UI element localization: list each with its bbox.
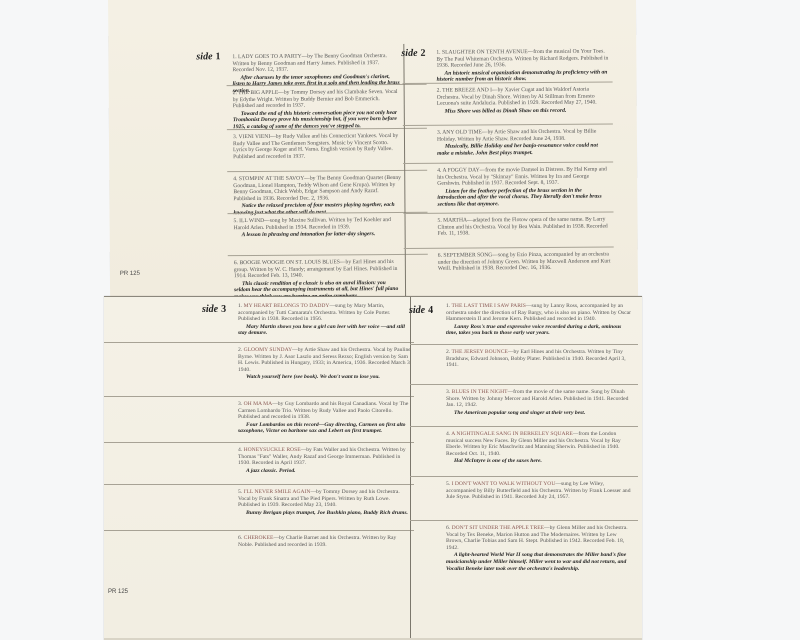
track-credits: 3. VIENI VIENI—by Rudy Vallee and his Co… [233,133,398,160]
track-note: Hal McIntyre is one of the saxes here. [446,458,634,465]
track-title: LADY GOES TO A PARTY [238,54,302,60]
track-divider [410,476,638,477]
side-1-track-list: 1. LADY GOES TO A PARTY—by The Benny Goo… [232,53,402,299]
track-title: I'LL NEVER SMILE AGAIN [244,489,311,495]
track-title: MY HEART BELONGS TO DADDY [244,303,330,309]
track-credits: 3. OH MA MA—by Guy Lombardo and his Roya… [238,401,408,420]
side-2-label: side2 [401,48,425,59]
track-entry: 1. MY HEART BELONGS TO DADDY—sung by Mar… [238,303,412,337]
track-divider [403,123,613,125]
track-note: Lanny Ross's true and expressive voice r… [446,324,634,337]
track-divider [410,426,638,427]
track-title: ILL WIND [239,218,264,224]
track-title: OH MA MA [244,401,273,407]
track-entry: 4. STOMPIN' AT THE SAVOY—by The Benny Go… [233,175,401,217]
track-entry: 2. THE JERSEY BOUNCE—by Earl Hines and h… [446,349,634,369]
track-title: THE BIG APPLE [238,90,278,96]
track-title: STOMPIN' AT THE SAVOY [239,176,304,182]
track-divider [104,396,414,397]
track-entry: 3. ANY OLD TIME—by Artie Shaw and his Or… [437,128,611,157]
track-entry: 4. A FOGGY DAY—from the movie Damsel in … [437,166,611,208]
track-divider [404,246,614,248]
side-4-track-list: 1. THE LAST TIME I SAW PARIS—sung by Lan… [446,303,634,633]
track-note: Bunny Berigan plays trumpet, Joe Bushkin… [238,510,412,517]
track-note: The American popular song and singer at … [446,410,634,417]
track-divider [104,342,414,343]
track-note: Miss Shore was billed as Dinah Shaw on t… [437,107,611,115]
track-credits: 2. GLOOMY SUNDAY—by Artie Shaw and his O… [238,347,411,373]
track-credits: 3. ANY OLD TIME—by Artie Shaw and his Or… [437,129,596,143]
track-entry: 5. ILL WIND—song by Maxine Sullivan. Wri… [234,217,402,239]
track-divider [104,442,414,443]
track-credits: 1. THE LAST TIME I SAW PARIS—sung by Lan… [446,303,631,322]
track-title: GLOOMY SUNDAY [244,347,293,353]
track-entry: 2. GLOOMY SUNDAY—by Artie Shaw and his O… [238,347,412,381]
track-title: A NIGHTINGALE SANG IN BERKELEY SQUARE [451,431,572,437]
track-divider [104,530,414,531]
side-4-label: side4 [409,305,433,316]
track-entry: 5. I'LL NEVER SMILE AGAIN—by Tommy Dorse… [238,489,412,516]
track-credits: 1. LADY GOES TO A PARTY—by The Benny Goo… [232,53,387,73]
track-title: BOOGIE WOOGIE ON ST. LOUIS BLUES [239,259,340,266]
track-credits: 6. SEPTEMBER SONG—song by Ezio Pinza, ac… [438,252,611,272]
track-credits: 4. A FOGGY DAY—from the movie Damsel in … [437,167,607,187]
track-credits: 6. CHEROKEE—by Charlie Barnet and his Or… [238,535,396,548]
track-title: THE JERSEY BOUNCE [452,349,508,355]
side-1-label: side1 [196,51,220,62]
track-note: Musically, Billie Holiday and her banjo-… [437,143,611,157]
track-credits: 1. SLAUGHTER ON TENTH AVENUE—from the mu… [436,49,608,69]
track-divider [227,170,427,172]
track-entry: 3. OH MA MA—by Guy Lombardo and his Roya… [238,401,412,435]
track-note: Four Lombardos on this record—Guy direct… [238,422,412,435]
track-divider [410,384,638,385]
track-title: MARTHA [443,217,467,223]
track-note: Listen for the feathery perfection of th… [437,187,611,208]
track-entry: 4. A NIGHTINGALE SANG IN BERKELEY SQUARE… [446,431,634,465]
track-entry: 6. CHEROKEE—by Charlie Barnet and his Or… [238,535,412,548]
track-title: THE BREEZE AND I [442,87,492,93]
track-title: VIENI VIENI [238,134,270,140]
track-divider [410,520,638,521]
track-credits: 4. HONEYSUCKLE ROSE—by Fats Waller and h… [238,447,406,466]
track-entry: 1. THE LAST TIME I SAW PARIS—sung by Lan… [446,303,634,337]
track-note: A jazz classic. Period. [238,468,412,475]
track-divider [104,484,414,485]
track-credits: 4. A NIGHTINGALE SANG IN BERKELEY SQUARE… [446,431,621,457]
track-entry: 6. BOOGIE WOOGIE ON ST. LOUIS BLUES—by E… [234,259,402,301]
track-title: I DON'T WANT TO WALK WITHOUT YOU [452,481,556,487]
track-entry: 5. MARTHA—adapted from the Flotow opera … [438,216,612,237]
column-divider [410,297,411,640]
catalog-number: PR 125 [120,271,140,277]
track-title: ANY OLD TIME [442,129,482,135]
track-note: Watch yourself here (see book). We don't… [238,374,412,381]
track-note: Mary Martin shows you how a girl can lee… [238,324,412,337]
track-entry: 4. HONEYSUCKLE ROSE—by Fats Waller and h… [238,447,412,474]
track-note: A lesson in phrasing and intonation for … [234,231,402,239]
side-3-track-list: 1. MY HEART BELONGS TO DADDY—sung by Mar… [238,303,412,633]
side-3-label: side3 [202,304,226,315]
track-title: SEPTEMBER SONG [443,252,492,258]
track-credits: 2. THE BIG APPLE—by Tommy Dorsey and his… [233,89,398,109]
track-credits: 3. BLUES IN THE NIGHT—from the movie of … [446,389,628,408]
track-divider [228,254,428,256]
track-credits: 5. I'LL NEVER SMILE AGAIN—by Tommy Dorse… [238,489,400,508]
side-2-track-list: 1. SLAUGHTER ON TENTH AVENUE—from the mu… [436,48,612,294]
track-divider [403,161,613,163]
track-credits: 4. STOMPIN' AT THE SAVOY—by The Benny Go… [233,175,401,202]
track-title: THE LAST TIME I SAW PARIS [452,303,526,309]
track-divider [410,344,638,345]
track-divider [403,211,613,213]
track-entry: 6. DON'T SIT UNDER THE APPLE TREE—by Gle… [446,525,634,572]
upper-booklet-page: side1 1. LADY GOES TO A PARTY—by The Ben… [108,0,638,300]
track-title: A FOGGY DAY [442,167,479,173]
track-title: CHEROKEE [244,535,274,541]
track-credits: 5. I DON'T WANT TO WALK WITHOUT YOU—sung… [446,481,631,500]
track-title: HONEYSUCKLE ROSE [244,447,301,453]
track-title: SLAUGHTER ON TENTH AVENUE [442,49,528,56]
track-entry: 2. THE BREEZE AND I—by Xavier Cugat and … [437,86,611,115]
track-credits: 2. THE JERSEY BOUNCE—by Earl Hines and h… [446,349,626,368]
track-title: BLUES IN THE NIGHT [452,389,508,395]
track-entry: 6. SEPTEMBER SONG—song by Ezio Pinza, ac… [438,251,612,272]
track-entry: 3. BLUES IN THE NIGHT—from the movie of … [446,389,634,416]
track-credits: 6. DON'T SIT UNDER THE APPLE TREE—by Gle… [446,525,628,551]
track-credits: 6. BOOGIE WOOGIE ON ST. LOUIS BLUES—by E… [234,259,398,279]
track-entry: 5. I DON'T WANT TO WALK WITHOUT YOU—sung… [446,481,634,501]
track-credits: 2. THE BREEZE AND I—by Xavier Cugat and … [437,87,597,107]
track-credits: 1. MY HEART BELONGS TO DADDY—sung by Mar… [238,303,390,322]
track-divider [403,81,613,83]
catalog-number: PR 125 [108,589,128,595]
lower-booklet-page: side3 1. MY HEART BELONGS TO DADDY—sung … [104,296,642,640]
track-note: A light-hearted World War II song that d… [446,552,634,572]
track-note: Notice the relaxed precision of four mas… [233,202,401,216]
track-credits: 5. ILL WIND—song by Maxine Sullivan. Wri… [234,217,391,231]
track-credits: 5. MARTHA—adapted from the Flotow opera … [438,217,608,237]
track-title: DON'T SIT UNDER THE APPLE TREE [452,525,544,531]
track-entry: 2. THE BIG APPLE—by Tommy Dorsey and his… [233,89,401,131]
track-entry: 3. VIENI VIENI—by Rudy Vallee and his Co… [233,133,401,161]
track-entry: 1. SLAUGHTER ON TENTH AVENUE—from the mu… [436,48,610,83]
